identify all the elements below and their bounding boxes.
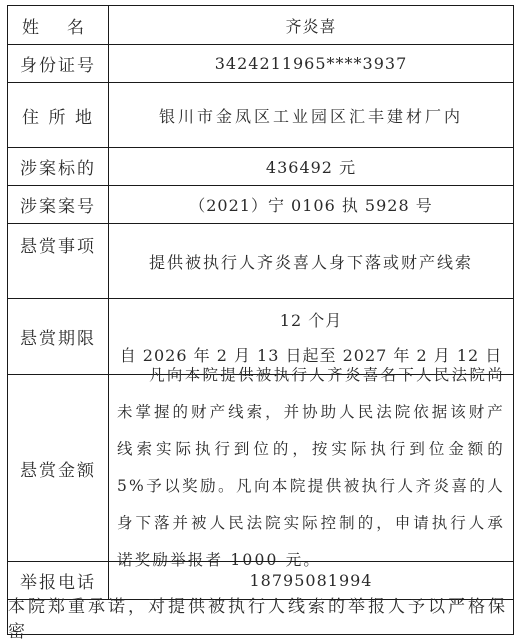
value-name: 齐炎喜: [109, 6, 513, 44]
row-case-amount: 涉案标的 436492 元: [8, 147, 513, 185]
label-reward-period: 悬赏期限: [8, 299, 109, 374]
value-id-number: 3424211965****3937: [109, 45, 513, 82]
value-case-number: （2021）宁 0106 执 5928 号: [109, 186, 513, 223]
label-char: 姓: [22, 13, 41, 38]
footer-note: 本院郑重承诺，对提供被执行人线索的举报人予以严格保密: [8, 600, 513, 634]
value-case-amount: 436492 元: [109, 148, 513, 185]
reward-amount-paragraph: 凡向本院提供被执行人齐炎喜名下人民法院尚未掌握的财产线索，并协助人民法院依据该财…: [109, 357, 513, 579]
label-char: 地: [75, 103, 94, 128]
row-address: 住 所 地 银川市金凤区工业园区汇丰建材厂内: [8, 82, 513, 147]
row-name: 姓 名 齐炎喜: [8, 6, 513, 44]
label-reward-amount: 悬赏金额: [8, 375, 109, 561]
label-char: 所: [49, 103, 68, 128]
label-reward-matter: 悬赏事项: [8, 224, 109, 298]
label-name: 姓 名: [8, 6, 109, 44]
value-reward-amount: 凡向本院提供被执行人齐炎喜名下人民法院尚未掌握的财产线索，并协助人民法院依据该财…: [109, 375, 513, 561]
row-id-number: 身份证号 3424211965****3937: [8, 44, 513, 82]
row-footer-note: 本院郑重承诺，对提供被执行人线索的举报人予以严格保密: [8, 599, 513, 634]
label-char: 住: [22, 103, 41, 128]
value-address: 银川市金凤区工业园区汇丰建材厂内: [109, 83, 513, 147]
label-id-number: 身份证号: [8, 45, 109, 82]
reward-amount-text: 凡向本院提供被执行人齐炎喜名下人民法院尚未掌握的财产线索，并协助人民法院依据该财…: [117, 366, 505, 569]
reward-notice-table: 姓 名 齐炎喜 身份证号 3424211965****3937 住 所 地 银川…: [7, 5, 514, 635]
label-char: 名: [67, 13, 86, 38]
period-duration: 12 个月: [280, 308, 342, 331]
row-case-number: 涉案案号 （2021）宁 0106 执 5928 号: [8, 185, 513, 223]
label-case-amount: 涉案标的: [8, 148, 109, 185]
row-reward-matter: 悬赏事项 提供被执行人齐炎喜人身下落或财产线索: [8, 223, 513, 298]
row-reward-amount: 悬赏金额 凡向本院提供被执行人齐炎喜名下人民法院尚未掌握的财产线索，并协助人民法…: [8, 374, 513, 561]
label-address: 住 所 地: [8, 83, 109, 147]
value-reward-matter: 提供被执行人齐炎喜人身下落或财产线索: [109, 224, 513, 298]
label-case-number: 涉案案号: [8, 186, 109, 223]
